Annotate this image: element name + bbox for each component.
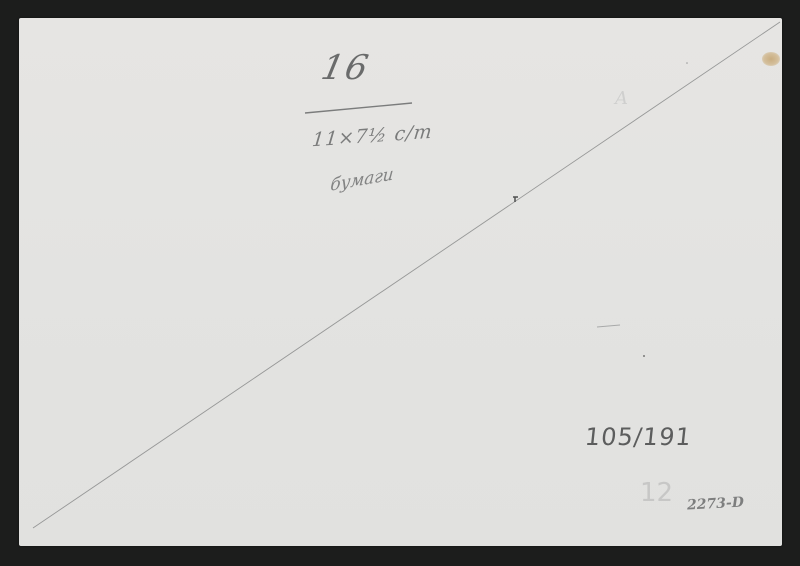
faint-number: 12: [640, 478, 673, 508]
faint-letter: A: [615, 88, 628, 109]
catalog-number: 16: [318, 48, 374, 88]
inventory-number: 105/191: [584, 423, 694, 451]
stain-mark: [762, 52, 780, 66]
archive-code: 2273-D: [687, 495, 745, 514]
photo-back-paper: [19, 18, 782, 546]
